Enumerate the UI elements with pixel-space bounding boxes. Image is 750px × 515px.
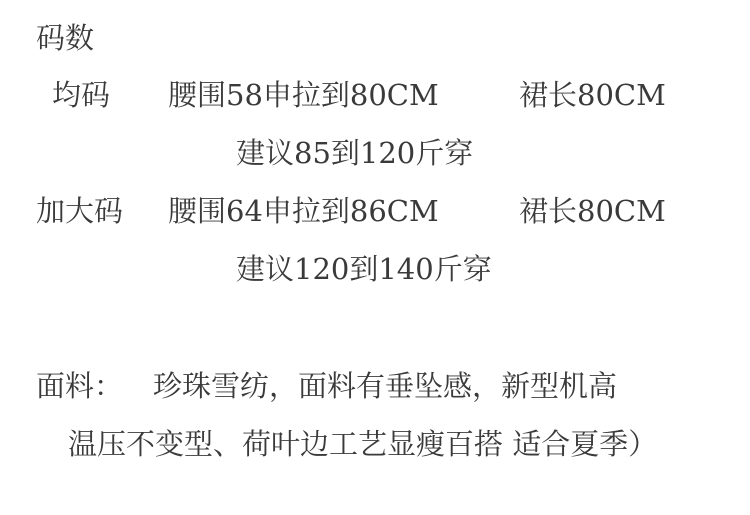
weight-suggestion: 建议85到120斤穿 [236,136,473,170]
skirt-length: 裙长80CM [519,193,666,229]
waist-measurement: 腰围58申拉到80CM [168,77,439,113]
size-heading-text: 码数 [36,21,94,55]
size-heading: 码数 [36,20,94,56]
size-suggestion-plus: 建议120到140斤穿 [236,251,492,287]
fabric-label: 面料： [36,368,123,404]
fabric-description-continued: 温压不变型、荷叶边工艺显瘦百搭 适合夏季） [68,427,657,461]
weight-suggestion: 建议120到140斤穿 [236,252,492,286]
waist-measurement: 腰围64申拉到86CM [168,193,439,229]
size-label: 均码 [52,77,110,113]
size-label: 加大码 [36,193,123,229]
size-suggestion-standard: 建议85到120斤穿 [236,135,473,171]
fabric-description: 珍珠雪纺，面料有垂坠感，新型机高 [153,368,617,404]
skirt-length: 裙长80CM [519,77,666,113]
fabric-line-2: 温压不变型、荷叶边工艺显瘦百搭 适合夏季） [68,426,657,462]
